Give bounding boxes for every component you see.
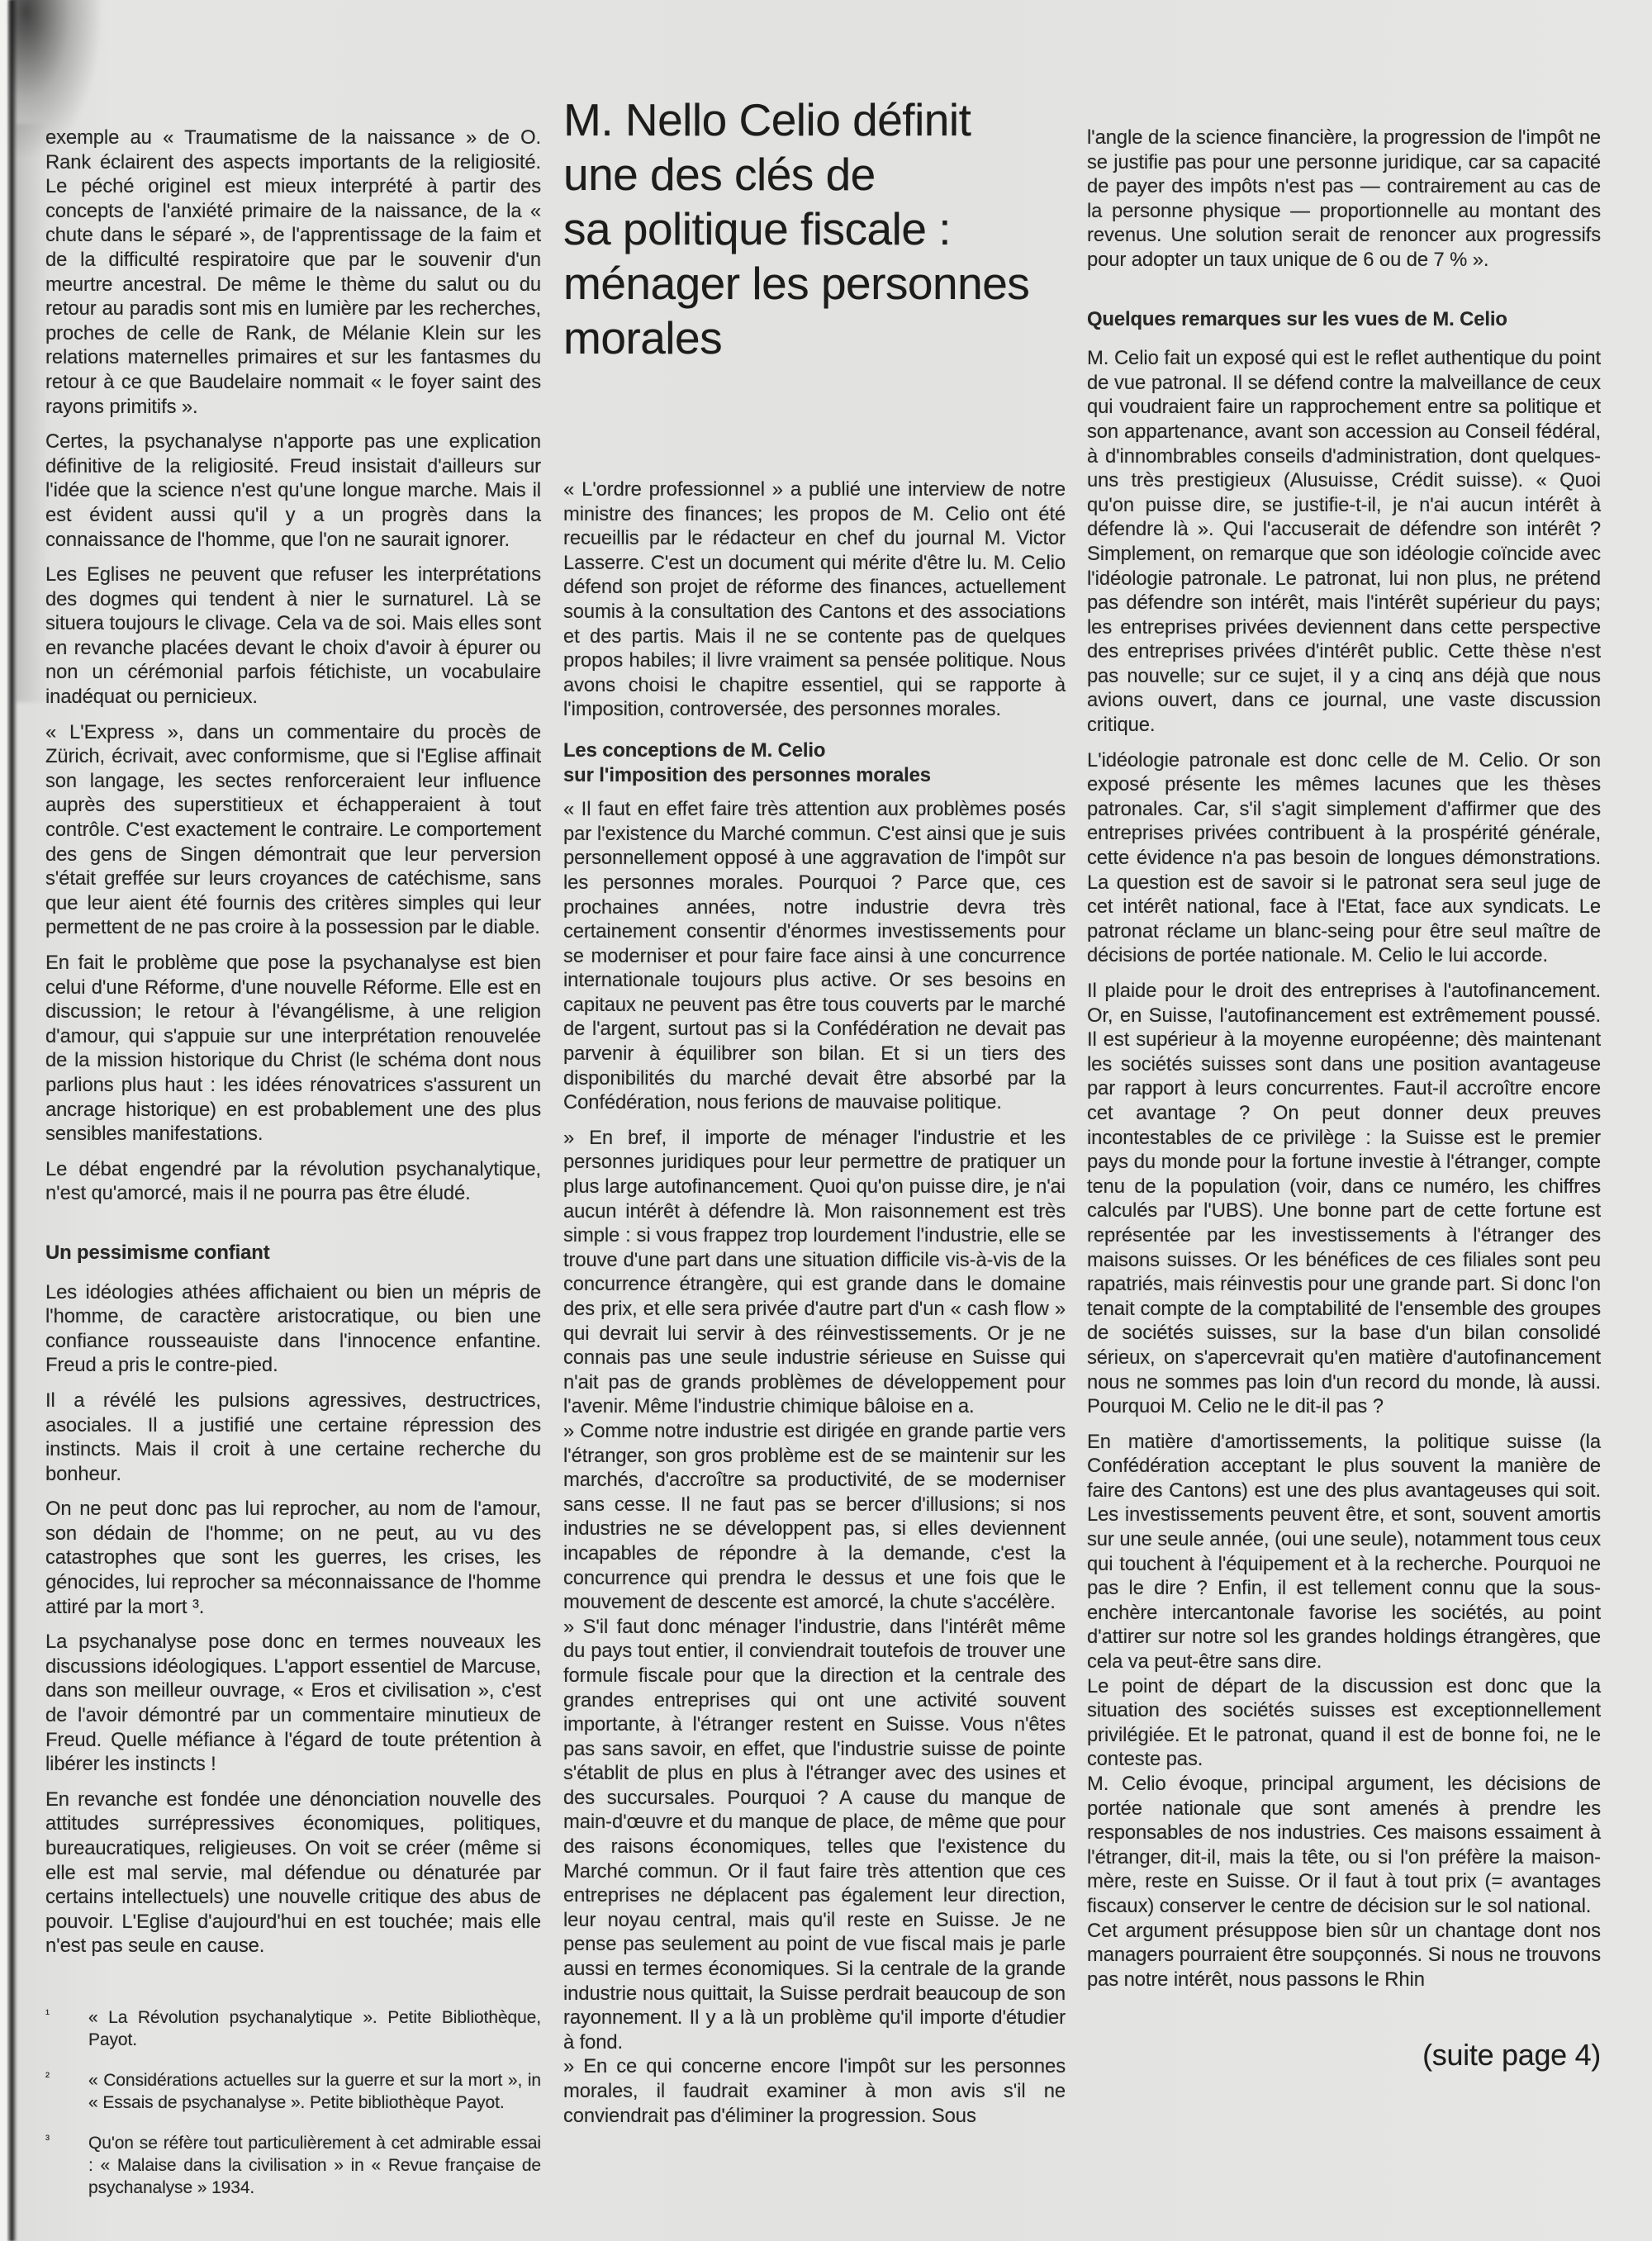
paragraph: Le point de départ de la discussion est … — [1087, 1674, 1601, 1772]
middle-column: M. Nello Celio définit une des clés de s… — [563, 93, 1066, 2128]
article-headline: M. Nello Celio définit une des clés de s… — [563, 93, 1066, 365]
footnote-2: ² « Considérations actuelles sur la guer… — [45, 2069, 541, 2114]
paragraph: En revanche est fondée une dénonciation … — [45, 1788, 541, 1959]
paragraph: l'angle de la science financière, la pro… — [1087, 126, 1601, 273]
paragraph: » S'il faut donc ménager l'industrie, da… — [563, 1615, 1066, 2055]
paragraph: Les Eglises ne peuvent que refuser les i… — [45, 563, 541, 710]
paragraph: » En ce qui concerne encore l'impôt sur … — [563, 2054, 1066, 2128]
paragraph: Les idéologies athées affichaient ou bie… — [45, 1280, 541, 1378]
section-heading-pessimisme: Un pessimisme confiant — [45, 1241, 541, 1265]
paragraph: Le débat engendré par la révolution psyc… — [45, 1157, 541, 1206]
article-intro: « L'ordre professionnel » a publié une i… — [563, 477, 1066, 722]
paragraph: On ne peut donc pas lui reprocher, au no… — [45, 1497, 541, 1619]
paragraph: exemple au « Traumatisme de la naissance… — [45, 126, 541, 419]
paragraph: M. Celio évoque, principal argument, les… — [1087, 1772, 1601, 1919]
footnote-marker: ² — [45, 2066, 50, 2088]
section-heading-remarques: Quelques remarques sur les vues de M. Ce… — [1087, 307, 1601, 332]
paragraph: « Il faut en effet faire très attention … — [563, 797, 1066, 1115]
footnote-text: « La Révolution psychanalytique ». Petit… — [88, 2008, 541, 2049]
right-column: l'angle de la science financière, la pro… — [1087, 126, 1601, 2068]
footnotes: ¹ « La Révolution psychanalytique ». Pet… — [45, 2006, 541, 2199]
paragraph: Il a révélé les pulsions agressives, des… — [45, 1389, 541, 1486]
paragraph: » Comme notre industrie est dirigée en g… — [563, 1419, 1066, 1615]
footnote-text: « Considérations actuelles sur la guerre… — [88, 2071, 541, 2112]
paragraph: La psychanalyse pose donc en termes nouv… — [45, 1630, 541, 1777]
scan-edge-shadow — [15, 124, 48, 702]
paragraph: En matière d'amortissements, la politiqu… — [1087, 1430, 1601, 1674]
footnote-1: ¹ « La Révolution psychanalytique ». Pet… — [45, 2006, 541, 2051]
paragraph: M. Celio fait un exposé qui est le refle… — [1087, 346, 1601, 738]
paragraph: Il plaide pour le droit des entreprises … — [1087, 979, 1601, 1419]
paragraph: L'idéologie patronale est donc celle de … — [1087, 748, 1601, 968]
scan-edge-white — [0, 0, 7, 2241]
footnote-3: ³ Qu'on se réfère tout particulièrement … — [45, 2132, 541, 2199]
footnote-text: Qu'on se réfère tout particulièrement à … — [88, 2134, 541, 2197]
paragraph: En fait le problème que pose la psychana… — [45, 951, 541, 1147]
section-heading-conceptions: Les conceptions de M. Celio sur l'imposi… — [563, 738, 1066, 787]
paragraph: « L'Express », dans un commentaire du pr… — [45, 720, 541, 940]
newspaper-page: exemple au « Traumatisme de la naissance… — [0, 0, 1652, 2241]
paragraph: Certes, la psychanalyse n'apporte pas un… — [45, 430, 541, 552]
paragraph: » En bref, il importe de ménager l'indus… — [563, 1126, 1066, 1419]
paragraph: Cet argument présuppose bien sûr un chan… — [1087, 1919, 1601, 1992]
footnote-marker: ¹ — [45, 2003, 50, 2025]
footnote-marker: ³ — [45, 2129, 50, 2151]
left-column: exemple au « Traumatisme de la naissance… — [45, 126, 541, 2217]
continuation-note: (suite page 4) — [1087, 2043, 1601, 2068]
